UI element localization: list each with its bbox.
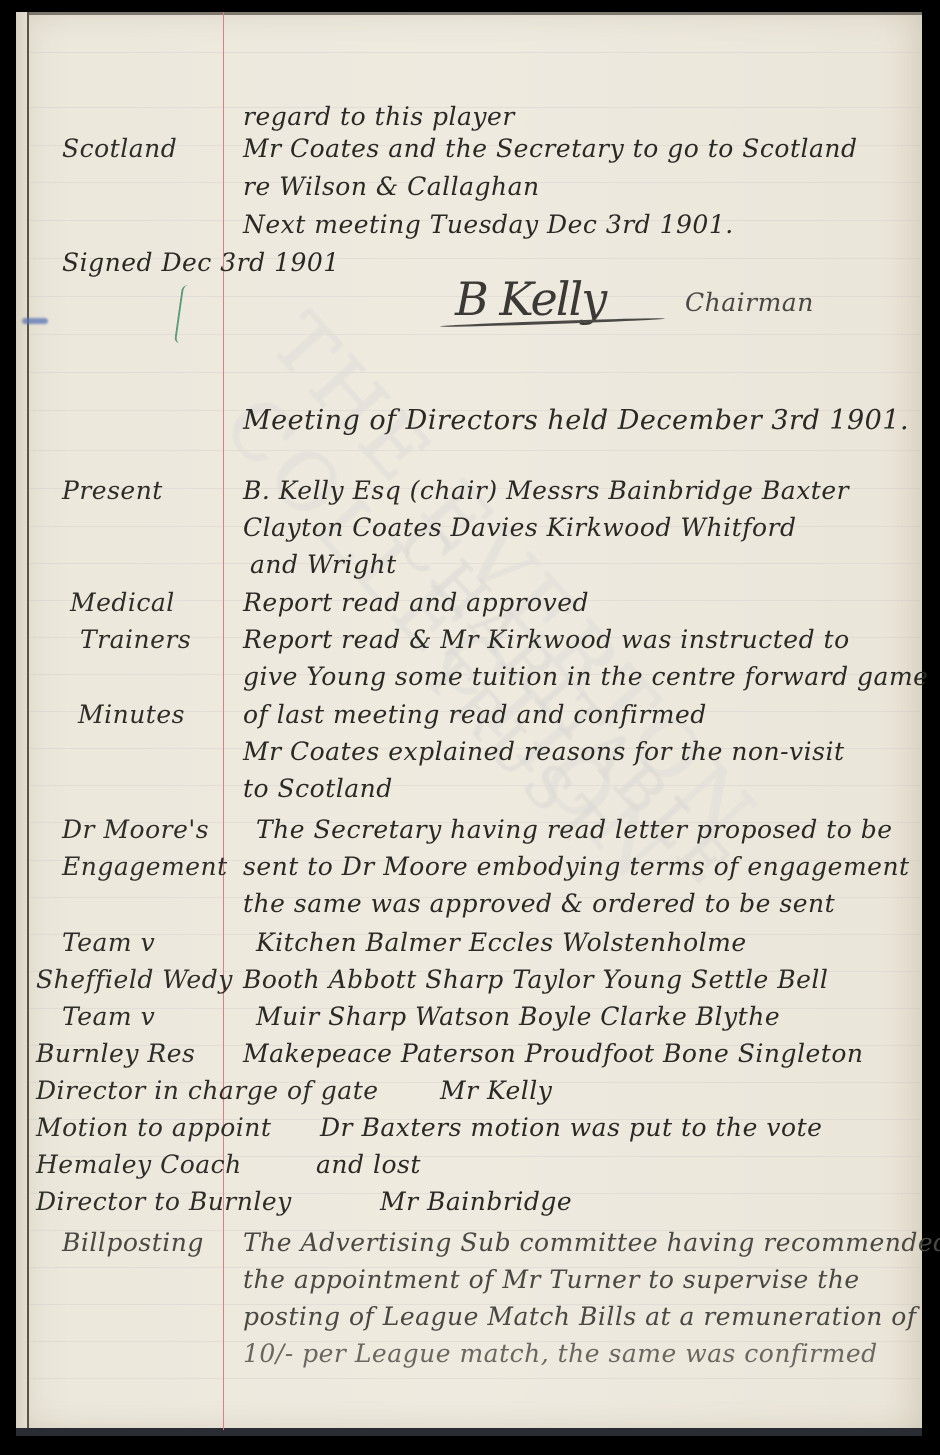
minute-line: the same was approved & ordered to be se… (243, 889, 835, 918)
minute-line: to Scotland (243, 774, 393, 803)
signature-role: Chairman (685, 288, 814, 317)
minute-line: and Wright (250, 550, 397, 579)
minute-line: regard to this player (243, 102, 515, 131)
minute-line: and lost (316, 1150, 421, 1179)
minute-line: Makepeace Paterson Proudfoot Bone Single… (243, 1039, 863, 1068)
minute-line: Booth Abbott Sharp Taylor Young Settle B… (243, 965, 828, 994)
minute-line: give Young some tuition in the centre fo… (243, 662, 928, 691)
margin-note: Engagement (62, 852, 228, 881)
margin-note: Director to Burnley (36, 1187, 292, 1216)
margin-note: Team v (62, 1002, 155, 1031)
minute-line: Mr Coates explained reasons for the non-… (243, 737, 845, 766)
margin-note: Trainers (80, 625, 191, 654)
minute-line: Muir Sharp Watson Boyle Clarke Blythe (256, 1002, 780, 1031)
minute-line: Mr Coates and the Secretary to go to Sco… (243, 134, 858, 163)
margin-note: Motion to appoint (36, 1113, 271, 1142)
margin-note: Present (62, 476, 163, 505)
minute-line: Mr Kelly (440, 1076, 552, 1105)
minute-line: The Advertising Sub committee having rec… (243, 1228, 940, 1257)
minute-line: Report read and approved (243, 588, 589, 617)
ink-smudge (22, 318, 48, 324)
margin-note: Sheffield Wedy (36, 965, 233, 994)
minute-line: sent to Dr Moore embodying terms of enga… (243, 852, 910, 881)
margin-note: Medical (70, 588, 175, 617)
margin-note: Burnley Res (36, 1039, 195, 1068)
minute-line: Dr Baxters motion was put to the vote (320, 1113, 822, 1142)
minute-line: Clayton Coates Davies Kirkwood Whitford (243, 513, 796, 542)
minute-line: Mr Bainbridge (380, 1187, 572, 1216)
minute-line: the appointment of Mr Turner to supervis… (243, 1265, 860, 1294)
minute-line: Report read & Mr Kirkwood was instructed… (243, 625, 850, 654)
page-binding-edge (16, 12, 29, 1430)
meeting-heading: Meeting of Directors held December 3rd 1… (243, 405, 909, 436)
chairman-signature: B Kelly (455, 272, 605, 326)
margin-note: Scotland (62, 134, 177, 163)
margin-note: Billposting (62, 1228, 204, 1257)
minute-line: 10/- per League match, the same was conf… (243, 1339, 878, 1368)
minute-line: Kitchen Balmer Eccles Wolstenholme (256, 928, 747, 957)
margin-note: Minutes (78, 700, 185, 729)
margin-note: Dr Moore's (62, 815, 209, 844)
minute-line: re Wilson & Callaghan (243, 172, 540, 201)
minute-line: of last meeting read and confirmed (243, 700, 707, 729)
margin-note: Director in charge of gate (36, 1076, 379, 1105)
minute-line: The Secretary having read letter propose… (256, 815, 893, 844)
signed-date: Signed Dec 3rd 1901 (62, 248, 340, 277)
margin-rule (223, 12, 224, 1430)
minute-line: Next meeting Tuesday Dec 3rd 1901. (243, 210, 734, 239)
margin-note: Team v (62, 928, 155, 957)
margin-note: Hemaley Coach (36, 1150, 242, 1179)
minute-line: B. Kelly Esq (chair) Messrs Bainbridge B… (243, 476, 849, 505)
minute-line: posting of League Match Bills at a remun… (243, 1302, 917, 1331)
